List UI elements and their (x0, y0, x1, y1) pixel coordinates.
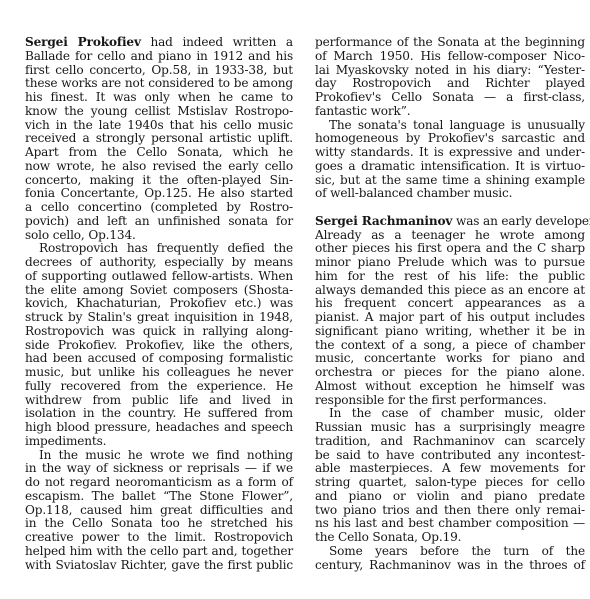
text-line: music, concertante works for piano and (315, 352, 585, 366)
text-line: day Rostropovich and Richter played (315, 77, 585, 91)
text-line: first cello concerto, Op.58, in 1933-38,… (25, 64, 293, 78)
text-line: Prokofiev's Cello Sonata — a first-class… (315, 91, 585, 105)
text-line: able masterpieces. A few movements for (315, 462, 585, 476)
text-line: Ballade for cello and piano in 1912 and … (25, 50, 293, 64)
text-line: withdrew from public life and lived in (25, 394, 293, 408)
text-line: now wrote, he also revised the early cel… (25, 160, 293, 174)
paragraph-turn-of-century: Some years before the turn of the centur… (315, 545, 585, 573)
text-line: side Prokofiev. Prokofiev, like the othe… (25, 339, 293, 353)
text-line: ns his last and best chamber composition… (315, 517, 585, 531)
paragraph-rachmaninov-intro: Sergei Rachmaninov was an early develope… (315, 215, 585, 408)
paragraph-tonal-language: The sonata's tonal language is unusually… (315, 119, 585, 202)
text-line: a cello concertino (completed by Rostro- (25, 201, 293, 215)
text-line: of well-balanced chamber music. (315, 187, 585, 201)
text-line: tradition, and Rachmaninov can scarcely (315, 435, 585, 449)
text-line: in the way of sickness or reprisals — if… (25, 462, 293, 476)
paragraph-rostropovich-defiance: Rostropovich has frequently defied the d… (25, 242, 293, 448)
text-line: In the music he wrote we find nothing (25, 449, 293, 463)
text-line: music, but unlike his colleagues he neve… (25, 366, 293, 380)
text-line: Apart from the Cello Sonata, which he (25, 146, 293, 160)
text-line: minor piano Prelude which was to pursue (315, 256, 585, 270)
text-line: other pieces his first opera and the C s… (315, 242, 585, 256)
text-line: Almost without exception he himself was (315, 380, 585, 394)
left-column: Sergei Prokofiev had indeed written a Ba… (25, 36, 293, 572)
paragraph-prokofiev-intro: Sergei Prokofiev had indeed written a Ba… (25, 36, 293, 242)
text-line: homogeneous by Prokofiev's sarcastic and (315, 132, 585, 146)
text-line: performance of the Sonata at the beginni… (315, 36, 585, 50)
document-page: Sergei Prokofiev had indeed written a Ba… (0, 0, 590, 599)
text-line: decrees of authority, especially by mean… (25, 256, 293, 270)
text-line: sic, but at the same time a shining exam… (315, 174, 585, 188)
text-line: in the Cello Sonata too he stretched his (25, 517, 293, 531)
text-line: helped him with the cello part and, toge… (25, 545, 293, 559)
text-line: the Cello Sonata, Op.19. (315, 531, 585, 545)
text-line: kovich, Khachaturian, Prokofiev etc.) wa… (25, 297, 293, 311)
text-line: vich in the late 1940s that his cello mu… (25, 119, 293, 133)
text-line: with Sviatoslav Richter, gave the first … (25, 559, 293, 573)
paragraph-chamber-music: In the case of chamber music, older Russ… (315, 407, 585, 545)
text-line: high blood pressure, headaches and speec… (25, 421, 293, 435)
text-line: goes a dramatic intensification. It is v… (315, 160, 585, 174)
text-line: always demanded this piece as an encore … (315, 284, 585, 298)
text-line: significant piano writing, whether it be… (315, 325, 585, 339)
text-line: solo cello, Op.134. (25, 229, 293, 243)
text-line: know the young cellist Mstislav Rostropo… (25, 105, 293, 119)
text-line: lai Myaskovsky noted in his diary: “Yest… (315, 64, 585, 78)
text-line: the elite among Soviet composers (Shosta… (25, 284, 293, 298)
text-line: creative power to the limit. Rostropovic… (25, 531, 293, 545)
text-line: these works are not considered to be amo… (25, 77, 293, 91)
text-line: orchestra or pieces for the piano alone. (315, 366, 585, 380)
text-line: povich) and left an unfinished sonata fo… (25, 215, 293, 229)
text-line: struck by Stalin's great inquisition in … (25, 311, 293, 325)
paragraph-first-performance: performance of the Sonata at the beginni… (315, 36, 585, 119)
text-line: and piano or violin and piano predate (315, 490, 585, 504)
text-line: him for the rest of his life: the public (315, 270, 585, 284)
text-line: century, Rachmaninov was in the throes o… (315, 559, 585, 573)
text-line: Sergei Rachmaninov was an early develope… (315, 215, 585, 229)
text-line: escapism. The ballet “The Stone Flower”, (25, 490, 293, 504)
right-column: performance of the Sonata at the beginni… (315, 36, 585, 572)
text-line: fonia Concertante, Op.125. He also start… (25, 187, 293, 201)
paragraph-music-he-wrote: In the music he wrote we find nothing in… (25, 449, 293, 573)
text-line: received a strongly personal artistic up… (25, 132, 293, 146)
text-line: The sonata's tonal language is unusually (315, 119, 585, 133)
text-line: impediments. (25, 435, 293, 449)
text-line: do not regard neoromanticism as a form o… (25, 476, 293, 490)
text-line: two piano trios and then there only rema… (315, 504, 585, 518)
text-line: his finest. It was only when he came to (25, 91, 293, 105)
text-line: Already as a teenager he wrote among (315, 229, 585, 243)
text-line: Rostropovich has frequently defied the (25, 242, 293, 256)
heading-sergei-prokofiev: Sergei Prokofiev (25, 35, 141, 49)
text-line: be said to have contributed any incontes… (315, 449, 585, 463)
section-gap (315, 201, 585, 215)
text-line: Russian music has a surprisingly meagre (315, 421, 585, 435)
text-line: the context of a song, a piece of chambe… (315, 339, 585, 353)
text-line: fully recovered from the experience. He (25, 380, 293, 394)
text-line: of March 1950. His fellow-composer Nico- (315, 50, 585, 64)
text-line: Some years before the turn of the (315, 545, 585, 559)
text-line: witty standards. It is expressive and un… (315, 146, 585, 160)
text-line: Op.118, caused him great difficulties an… (25, 504, 293, 518)
text-line: fantastic work”. (315, 105, 585, 119)
text-line: his frequent concert appearances as a (315, 297, 585, 311)
text-line: of supporting outlawed fellow-artists. W… (25, 270, 293, 284)
text-line: In the case of chamber music, older (315, 407, 585, 421)
text-line: pianist. A major part of his output incl… (315, 311, 585, 325)
text-line: isolation in the country. He suffered fr… (25, 407, 293, 421)
text-line: Rostropovich was quick in rallying along… (25, 325, 293, 339)
text-line: Sergei Prokofiev had indeed written a (25, 36, 293, 50)
heading-sergei-rachmaninov: Sergei Rachmaninov (315, 214, 452, 228)
text-line: had been accused of composing formalisti… (25, 352, 293, 366)
text-line: string quartet, salon-type pieces for ce… (315, 476, 585, 490)
text-line: concerto, making it the often-played Sin… (25, 174, 293, 188)
text-line: responsible for the first performances. (315, 394, 585, 408)
